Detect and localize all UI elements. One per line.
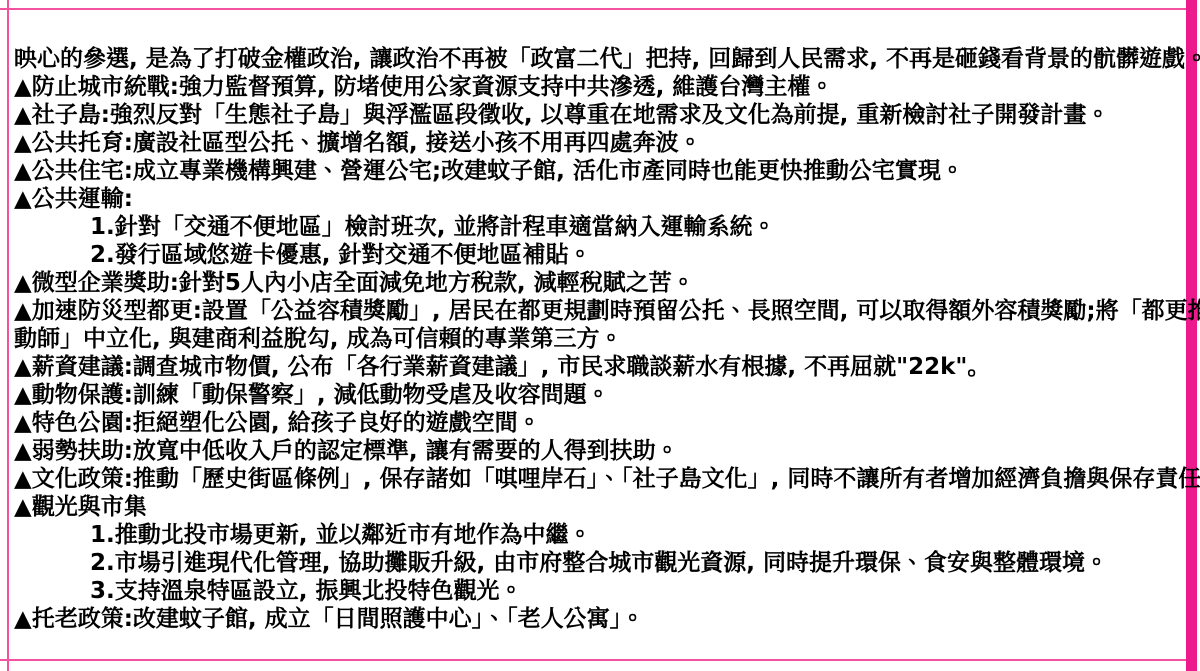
- policy-subitem: 1.推動北投市場更新, 並以鄰近市有地作為中繼。: [14, 521, 1174, 549]
- policy-line: ▲微型企業獎助:針對5人內小店全面減免地方稅款, 減輕稅賦之苦。: [14, 269, 1174, 297]
- policy-line: ▲加速防災型都更:設置「公益容積獎勵」, 居民在都更規劃時預留公托、長照空間, …: [14, 297, 1174, 325]
- policy-line: ▲防止城市統戰:強力監督預算, 防堵使用公家資源支持中共滲透, 維護台灣主權。: [14, 73, 1174, 101]
- frame-left-line: [7, 0, 9, 671]
- frame-right-bar: [1186, 0, 1197, 671]
- frame-bottom-line: [0, 659, 1197, 661]
- policy-line: ▲公共住宅:成立專業機構興建、營運公宅;改建蚊子館, 活化市產同時也能更快推動公…: [14, 157, 1174, 185]
- policy-intro-line: 映心的參選, 是為了打破金權政治, 讓政治不再被「政富二代」把持, 回歸到人民需…: [14, 45, 1174, 73]
- policy-line: ▲托老政策:改建蚊子館, 成立「日間照護中心」、「老人公寓」。: [14, 605, 1174, 633]
- policy-line: ▲社子島:強烈反對「生態社子島」與浮濫區段徵收, 以尊重在地需求及文化為前提, …: [14, 101, 1174, 129]
- policy-line: ▲觀光與市集: [14, 493, 1174, 521]
- policy-line-continuation: 動師」中立化, 與建商利益脫勾, 成為可信賴的專業第三方。: [14, 325, 1174, 353]
- policy-document: 映心的參選, 是為了打破金權政治, 讓政治不再被「政富二代」把持, 回歸到人民需…: [14, 0, 1174, 633]
- policy-line: ▲公共運輸:: [14, 185, 1174, 213]
- policy-line: ▲弱勢扶助:放寬中低收入戶的認定標準, 讓有需要的人得到扶助。: [14, 437, 1174, 465]
- policy-subitem: 2.發行區域悠遊卡優惠, 針對交通不便地區補貼。: [14, 241, 1174, 269]
- policy-subitem: 2.市場引進現代化管理, 協助攤販升級, 由市府整合城市觀光資源, 同時提升環保…: [14, 549, 1174, 577]
- policy-line: ▲特色公園:拒絕塑化公園, 給孩子良好的遊戲空間。: [14, 409, 1174, 437]
- policy-line: ▲薪資建議:調查城市物價, 公布「各行業薪資建議」, 市民求職談薪水有根據, 不…: [14, 353, 1174, 381]
- policy-subitem: 3.支持溫泉特區設立, 振興北投特色觀光。: [14, 577, 1174, 605]
- policy-line: ▲文化政策:推動「歷史街區條例」, 保存諸如「唭哩岸石」、「社子島文化」, 同時…: [14, 465, 1174, 493]
- policy-subitem: 1.針對「交通不便地區」檢討班次, 並將計程車適當納入運輸系統。: [14, 213, 1174, 241]
- policy-line: ▲動物保護:訓練「動保警察」, 減低動物受虐及收容問題。: [14, 381, 1174, 409]
- policy-line: ▲公共托育:廣設社區型公托、擴增名額, 接送小孩不用再四處奔波。: [14, 129, 1174, 157]
